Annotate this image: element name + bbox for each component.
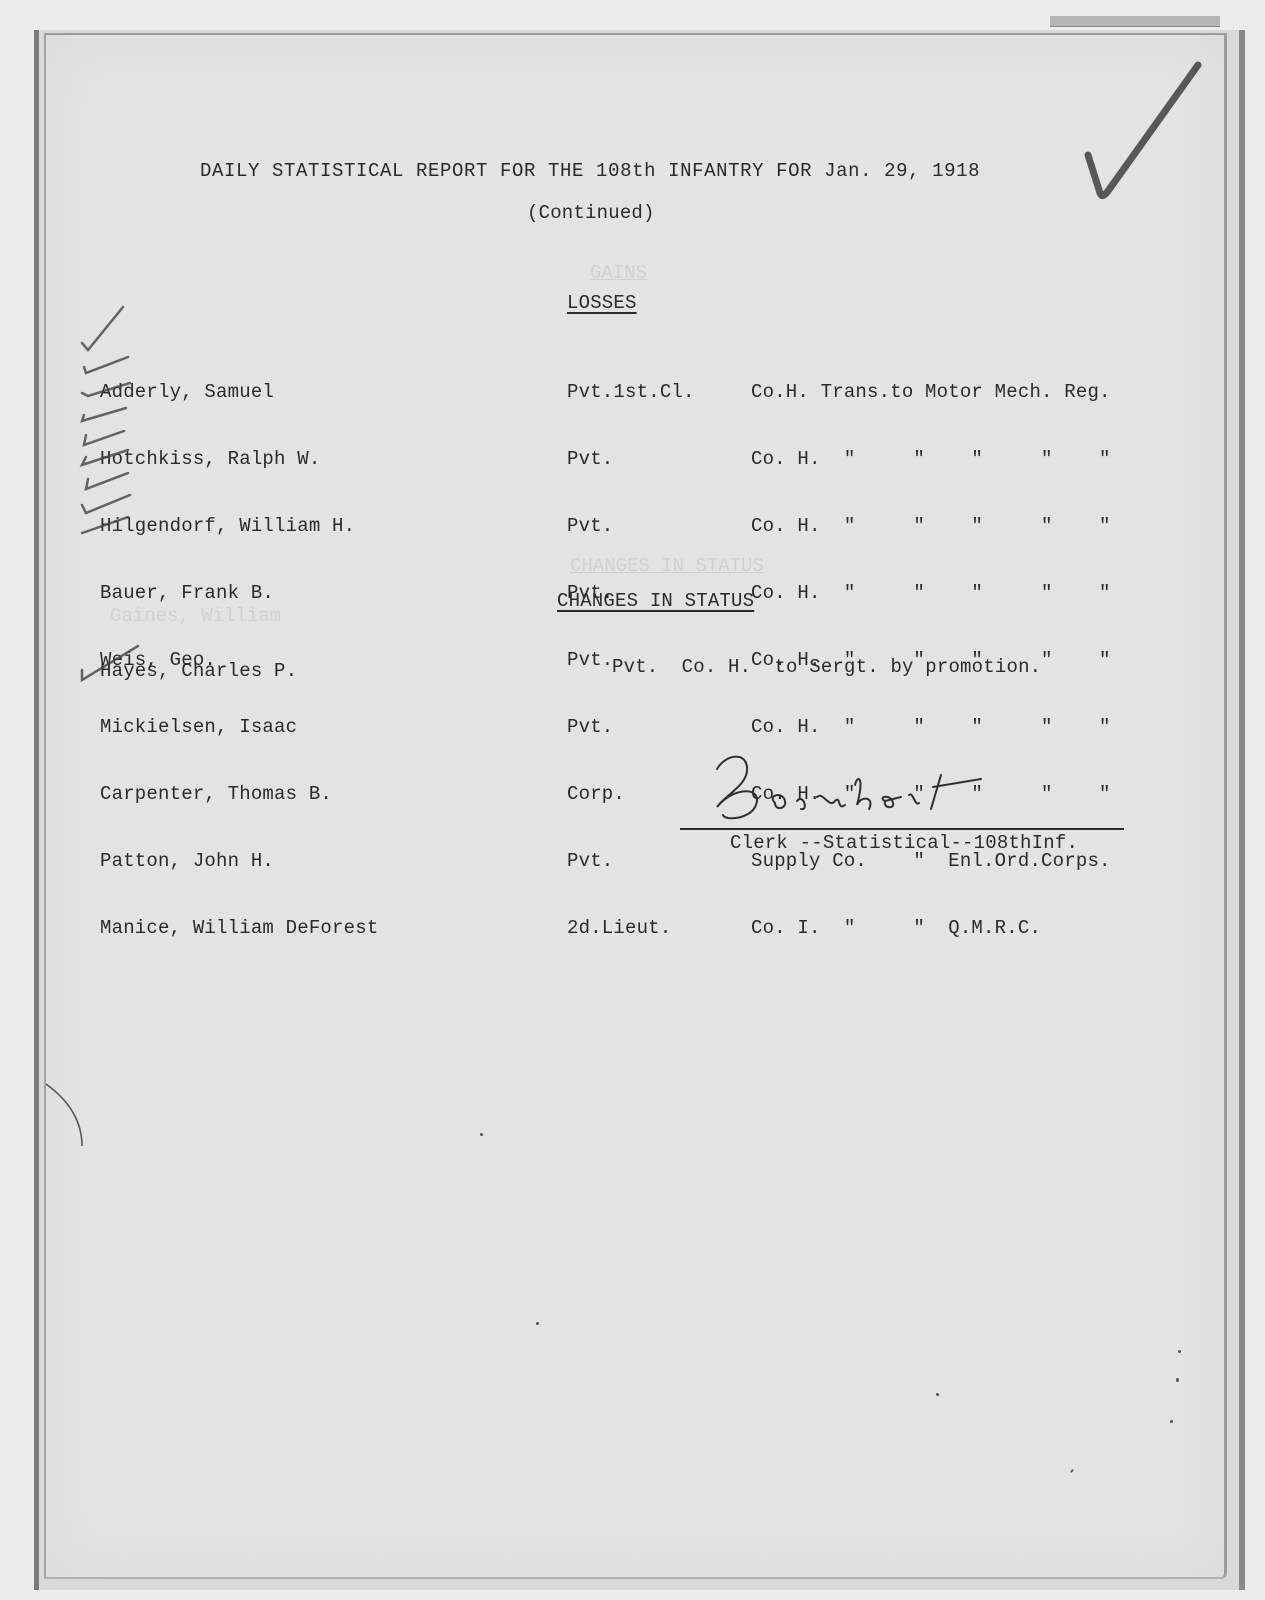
list-item-detail: Co.H. Trans.to Motor Mech. Reg. — [751, 381, 1111, 404]
paper-speck — [1176, 1378, 1179, 1382]
paper-speck — [480, 1133, 483, 1136]
pencil-mark — [42, 1080, 102, 1150]
list-item-name: Bauer, Frank B. — [100, 582, 378, 605]
list-item-rank: Corp. — [567, 783, 695, 806]
bleed-through-gains: GAINS — [590, 262, 647, 284]
losses-heading: LOSSES — [567, 292, 637, 314]
checkmark-icon — [1080, 55, 1210, 205]
tick-mark-icon — [78, 640, 168, 690]
list-item-detail: Co. I. " " Q.M.R.C. — [751, 917, 1111, 940]
signature-caption: Clerk --Statistical--108thInf. — [730, 832, 1078, 854]
paper-speck — [1178, 1350, 1181, 1353]
report-subtitle: (Continued) — [527, 202, 655, 224]
paper-speck — [936, 1393, 939, 1396]
paper-speck — [536, 1322, 539, 1325]
list-item-rank: Pvt. — [567, 448, 695, 471]
signature — [705, 745, 1125, 835]
paper-speck — [1170, 1420, 1173, 1423]
list-item-detail: Co. H. " " " " " — [751, 582, 1111, 605]
list-item-name: Patton, John H. — [100, 850, 378, 873]
list-item-rank: Pvt. — [567, 850, 695, 873]
losses-details-column: Co.H. Trans.to Motor Mech. Reg. Co. H. "… — [751, 337, 1111, 962]
list-item-name: Mickielsen, Isaac — [100, 716, 378, 739]
report-title: DAILY STATISTICAL REPORT FOR THE 108th I… — [200, 160, 980, 182]
losses-ranks-column: Pvt.1st.Cl. Pvt. Pvt. Pvt. Pvt. Pvt. Cor… — [567, 337, 695, 962]
changes-heading: CHANGES IN STATUS — [557, 590, 754, 612]
list-item-name: Carpenter, Thomas B. — [100, 783, 378, 806]
list-item-name: Manice, William DeForest — [100, 917, 378, 940]
list-item-rank: Pvt. — [567, 716, 695, 739]
list-item-detail: Co. H. " " " " " — [751, 515, 1111, 538]
signature-line — [680, 828, 1124, 830]
list-item-detail: Co. H. " " " " " — [751, 716, 1111, 739]
list-item-rank: 2d.Lieut. — [567, 917, 695, 940]
list-item-detail: Pvt. Co. H. to Sergt. by promotion. — [612, 656, 1041, 678]
list-item-detail: Co. H. " " " " " — [751, 448, 1111, 471]
page-edge — [1050, 16, 1220, 27]
tick-marks-icon — [78, 305, 168, 555]
list-item-rank: Pvt.1st.Cl. — [567, 381, 695, 404]
list-item-rank: Pvt. — [567, 515, 695, 538]
